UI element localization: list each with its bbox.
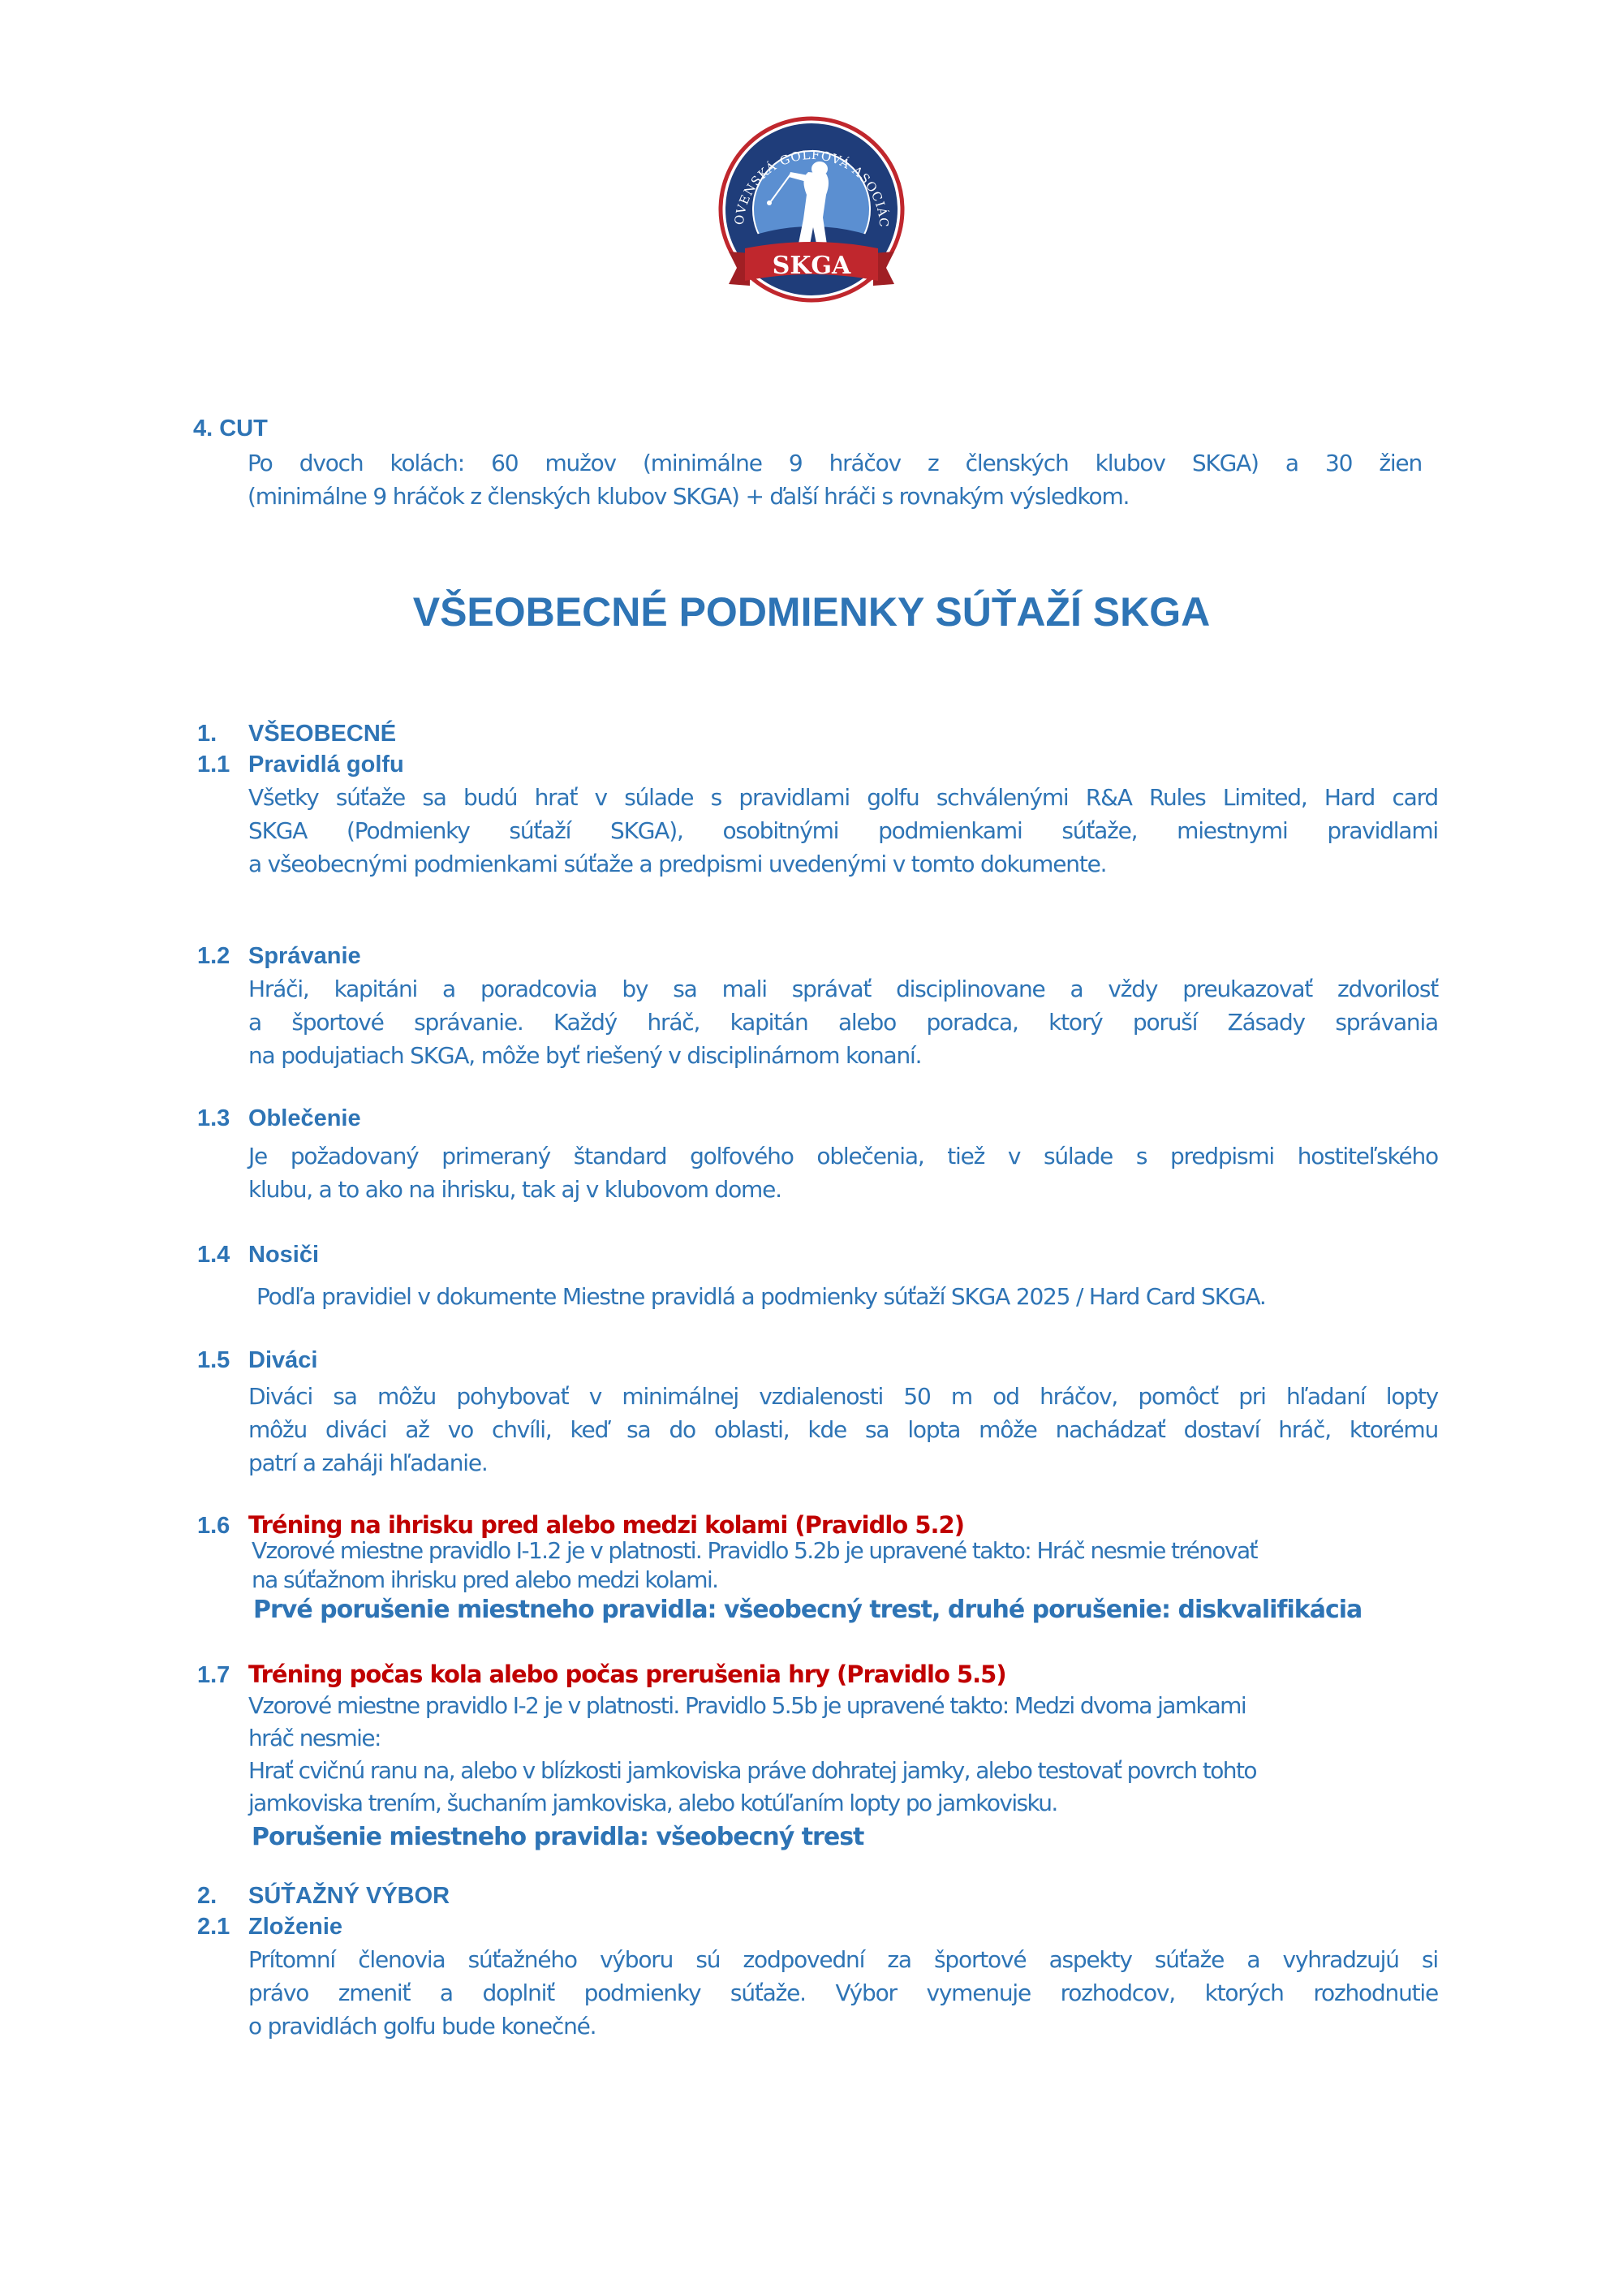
subsection-1-4-body: Podľa pravidiel v dokumente Miestne prav…: [256, 1280, 1441, 1313]
subsection-1-2-heading: 1.2Správanie: [197, 943, 361, 970]
body-line: o pravidlách golfu bude konečné.: [248, 2010, 1438, 2043]
subsection-number: 2.1: [197, 1914, 248, 1941]
body-line: hráč nesmie:: [248, 1722, 1441, 1755]
body-line: SKGA (Podmienky súťaží SKGA), osobitnými…: [248, 814, 1438, 847]
subsection-title: Pravidlá golfu: [248, 752, 404, 778]
subsection-title: Nosiči: [248, 1242, 319, 1268]
body-line: na podujatiach SKGA, môže byť riešený v …: [248, 1039, 1438, 1072]
penalty-statement: Prvé porušenie miestneho pravidla: všeob…: [253, 1596, 1362, 1624]
subsection-1-7-heading: 1.7Tréning počas kola alebo počas preruš…: [197, 1661, 1006, 1689]
subsection-1-1-body: Všetky súťaže sa budú hrať v súlade s pr…: [248, 781, 1438, 881]
subsection-title: Správanie: [248, 943, 361, 969]
subsection-1-4-heading: 1.4Nosiči: [197, 1242, 319, 1269]
section-1-heading: 1.VŠEOBECNÉ: [197, 721, 396, 747]
subsection-2-1-heading: 2.1Zloženie: [197, 1914, 342, 1941]
logo-banner-text: SKGA: [773, 252, 851, 280]
document-page: SLOVENSKÁ GOLFOVÁ ASOCIÁCIA SKGA 4. CUT …: [0, 0, 1623, 2296]
subsection-number: 1.3: [197, 1105, 248, 1132]
section-number: 1.: [197, 721, 248, 747]
subsection-title: Diváci: [248, 1347, 317, 1373]
body-line: Diváci sa môžu pohybovať v minimálnej vz…: [248, 1380, 1438, 1413]
subsection-2-1-body: Prítomní členovia súťažného výboru sú zo…: [248, 1943, 1438, 2043]
subsection-1-3-heading: 1.3Oblečenie: [197, 1105, 361, 1132]
body-line: Hráči, kapitáni a poradcovia by sa mali …: [248, 972, 1438, 1006]
body-line: Všetky súťaže sa budú hrať v súlade s pr…: [248, 781, 1438, 814]
section-title: SÚŤAŽNÝ VÝBOR: [248, 1883, 450, 1909]
section-title: VŠEOBECNÉ: [248, 721, 396, 747]
skga-emblem-icon: SLOVENSKÁ GOLFOVÁ ASOCIÁCIA SKGA: [712, 114, 911, 308]
body-line: na súťažnom ihrisku pred alebo medzi kol…: [252, 1566, 1441, 1595]
body-line: klubu, a to ako na ihrisku, tak aj v klu…: [248, 1173, 1438, 1206]
body-line: patrí a zaháji hľadanie.: [248, 1446, 1438, 1480]
subsection-number: 1.1: [197, 752, 248, 778]
section-number: 2.: [197, 1883, 248, 1910]
subsection-1-5-body: Diváci sa môžu pohybovať v minimálnej vz…: [248, 1380, 1438, 1480]
penalty-statement: Porušenie miestneho pravidla: všeobecný …: [252, 1823, 863, 1851]
body-line: a športové správanie. Každý hráč, kapitá…: [248, 1006, 1438, 1039]
subsection-1-7-body: Vzorové miestne pravidlo I-2 je v platno…: [248, 1690, 1441, 1820]
subsection-1-6-heading: 1.6Tréning na ihrisku pred alebo medzi k…: [197, 1511, 964, 1540]
subsection-number: 1.4: [197, 1242, 248, 1269]
body-line: Podľa pravidiel v dokumente Miestne prav…: [256, 1280, 1441, 1313]
subsection-number: 1.5: [197, 1347, 248, 1374]
skga-logo: SLOVENSKÁ GOLFOVÁ ASOCIÁCIA SKGA: [712, 114, 911, 308]
cut-body: Po dvoch kolách: 60 mužov (minimálne 9 h…: [248, 446, 1422, 513]
section-2-heading: 2.SÚŤAŽNÝ VÝBOR: [197, 1883, 450, 1910]
cut-line: (minimálne 9 hráčok z členských klubov S…: [248, 480, 1422, 513]
body-line: jamkoviska trením, šuchaním jamkoviska, …: [248, 1787, 1441, 1820]
body-line: Vzorové miestne pravidlo I-2 je v platno…: [248, 1690, 1441, 1722]
body-line: právo zmeniť a doplniť podmienky súťaže.…: [248, 1976, 1438, 2010]
subsection-title: Tréning počas kola alebo počas prerušeni…: [248, 1661, 1006, 1688]
body-line: môžu diváci až vo chvíli, keď sa do obla…: [248, 1413, 1438, 1446]
subsection-title: Oblečenie: [248, 1105, 361, 1131]
subsection-number: 1.7: [197, 1662, 248, 1689]
subsection-number: 1.6: [197, 1513, 248, 1540]
body-line: Prítomní členovia súťažného výboru sú zo…: [248, 1943, 1438, 1976]
subsection-1-2-body: Hráči, kapitáni a poradcovia by sa mali …: [248, 972, 1438, 1072]
body-line: Hrať cvičnú ranu na, alebo v blízkosti j…: [248, 1755, 1441, 1787]
cut-heading: 4. CUT: [193, 416, 268, 442]
subsection-1-6-body: Vzorové miestne pravidlo I-1.2 je v plat…: [252, 1536, 1441, 1595]
subsection-1-5-heading: 1.5Diváci: [197, 1347, 317, 1374]
subsection-title: Tréning na ihrisku pred alebo medzi kola…: [248, 1511, 964, 1539]
subsection-1-3-body: Je požadovaný primeraný štandard golfové…: [248, 1139, 1438, 1206]
subsection-title: Zloženie: [248, 1914, 342, 1940]
body-line: Vzorové miestne pravidlo I-1.2 je v plat…: [252, 1536, 1441, 1566]
body-line: Je požadovaný primeraný štandard golfové…: [248, 1139, 1438, 1173]
page-title: VŠEOBECNÉ PODMIENKY SÚŤAŽÍ SKGA: [0, 588, 1623, 635]
body-line: a všeobecnými podmienkami súťaže a predp…: [248, 847, 1438, 881]
subsection-number: 1.2: [197, 943, 248, 970]
subsection-1-1-heading: 1.1Pravidlá golfu: [197, 752, 404, 778]
cut-line: Po dvoch kolách: 60 mužov (minimálne 9 h…: [248, 446, 1422, 480]
